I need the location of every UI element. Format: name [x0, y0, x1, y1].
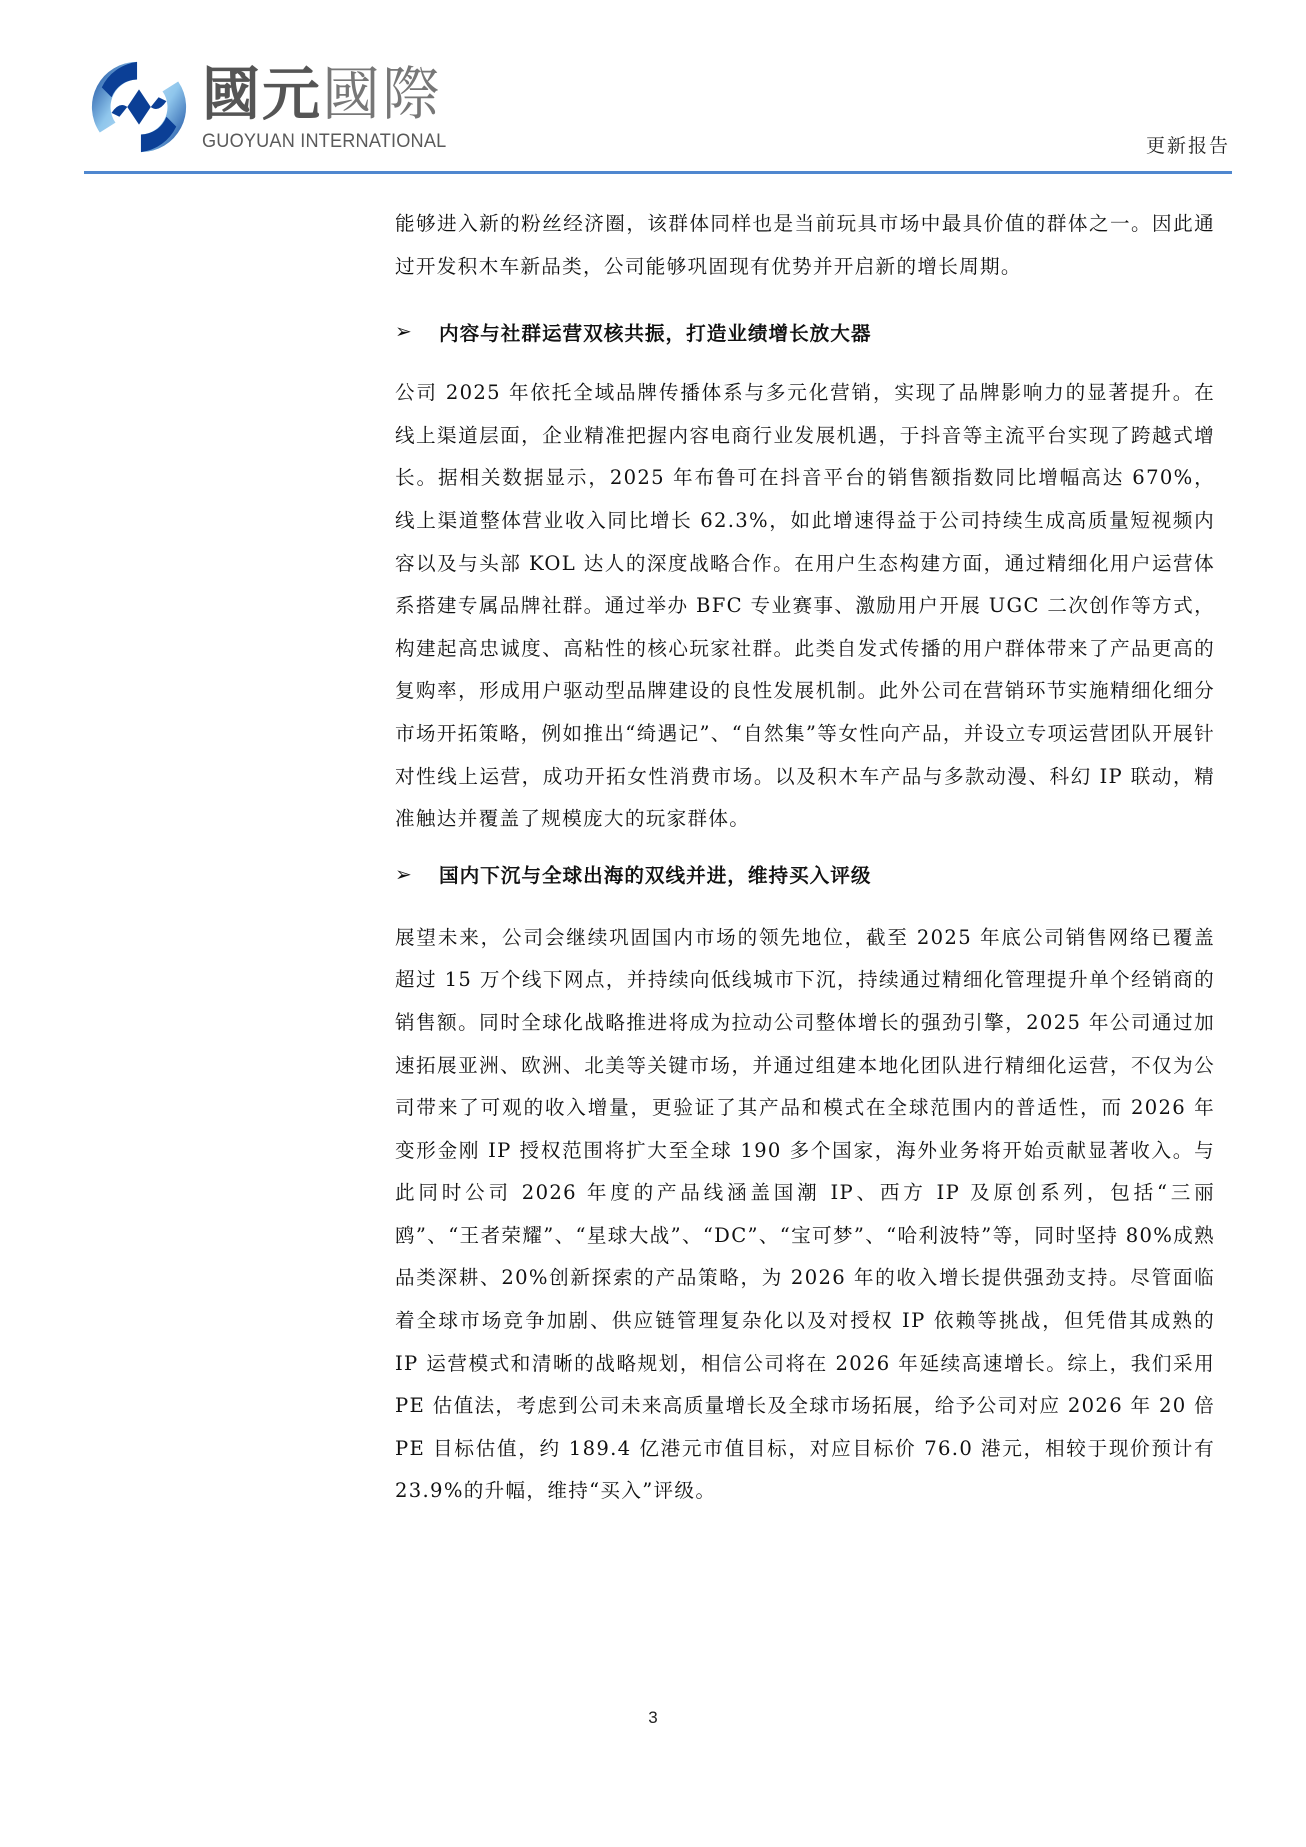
company-name-en: GUOYUAN INTERNATIONAL: [202, 130, 446, 153]
company-logo: 國元國際 GUOYUAN INTERNATIONAL: [90, 58, 510, 168]
guoyuan-logo-icon: [90, 58, 188, 156]
company-name-cn-part1: 國元: [202, 60, 322, 128]
section-heading-text: 国内下沉与全球出海的双线并进，维持买入评级: [439, 859, 871, 888]
arrow-bullet-icon: ➢: [395, 319, 439, 343]
header-divider: [84, 171, 1232, 174]
section-paragraph-content-community: 公司 2025 年依托全域品牌传播体系与多元化营销，实现了品牌影响力的显著提升。…: [395, 372, 1215, 841]
arrow-bullet-icon: ➢: [395, 862, 439, 886]
report-body: 能够进入新的粉丝经济圈，该群体同样也是当前玩具市场中最具价值的群体之一。因此通过…: [395, 203, 1215, 1513]
intro-paragraph: 能够进入新的粉丝经济圈，该群体同样也是当前玩具市场中最具价值的群体之一。因此通过…: [395, 203, 1215, 288]
section-heading-domestic-global: ➢ 国内下沉与全球出海的双线并进，维持买入评级: [395, 853, 1215, 895]
section-heading-text: 内容与社群运营双核共振，打造业绩增长放大器: [439, 317, 871, 346]
report-type-label: 更新报告: [1146, 131, 1230, 158]
section-paragraph-domestic-global: 展望未来，公司会继续巩固国内市场的领先地位，截至 2025 年底公司销售网络已覆…: [395, 917, 1215, 1513]
company-name-cn-part2: 國際: [322, 60, 442, 128]
page-number: 3: [0, 1708, 1306, 1728]
company-name-cn: 國元國際: [202, 62, 442, 126]
section-heading-content-community: ➢ 内容与社群运营双核共振，打造业绩增长放大器: [395, 310, 1215, 352]
